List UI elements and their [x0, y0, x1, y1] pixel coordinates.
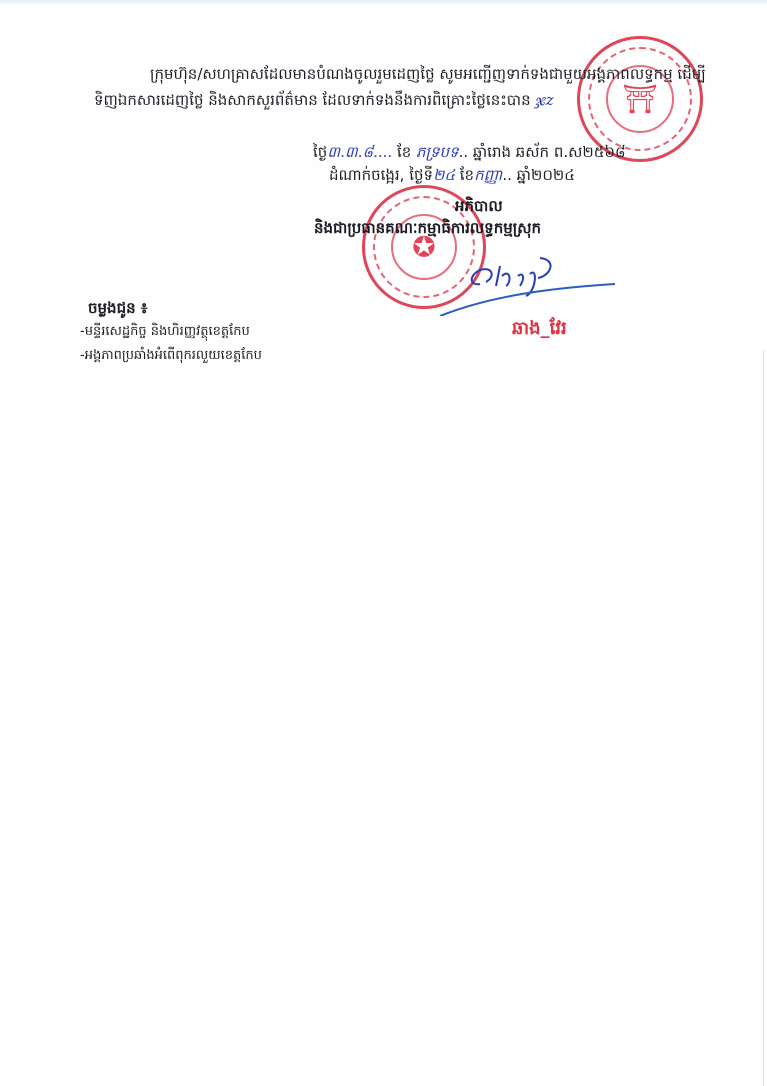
lunar-day-value: ៣.៣.៨....: [327, 143, 392, 161]
lunar-month-label: ខែ: [397, 143, 411, 161]
paragraph-line-1: ក្រុមហ៊ុន/សហគ្រាសដែលមានបំណងចូលរួមដេញថ្លៃ…: [150, 64, 706, 84]
solar-day-value: ២៤: [433, 166, 455, 184]
cc-list-item: -អង្គភាពប្រឆាំងអំពើពុករលួយខេត្តកែប: [80, 346, 262, 366]
scan-top-edge: [0, 0, 767, 5]
lunar-year-text: .. ឆ្នាំរោង ឆស័ក ព.ស២៥៦៨: [459, 143, 626, 161]
paragraph-text-2: ទិញឯកសារដេញថ្លៃ និងសាកសួរព័ត៌មាន ដែលទាក់…: [94, 91, 531, 109]
cc-heading: ចម្លងជូន ៖: [88, 298, 147, 318]
paragraph-line-2: ទិញឯកសារដេញថ្លៃ និងសាកសួរព័ត៌មាន ដែលទាក់…: [94, 90, 554, 110]
handwritten-initial: ჯz: [535, 91, 553, 109]
signature-icon: [440, 246, 620, 316]
scan-right-edge: [763, 350, 764, 1086]
paragraph-text-1: ក្រុមហ៊ុន/សហគ្រាសដែលមានបំណងចូលរួមដេញថ្លៃ…: [150, 65, 706, 83]
solar-day-label: ដំណាក់ចង្អេរ, ថ្ងៃទី: [329, 166, 433, 184]
signatory-role: និងជាប្រធានគណៈកម្មាធិការលទ្ធកម្មស្រុក: [314, 218, 541, 238]
document-page: ⛩ ក្រុមហ៊ុន/សហគ្រាសដែលមានបំណងចូលរួមដេញថ្…: [0, 0, 767, 1086]
solar-year-text: .. ឆ្នាំ២០២៤: [502, 166, 575, 184]
lunar-month-value: ភទ្របទ: [416, 143, 459, 161]
solar-date-line: ដំណាក់ចង្អេរ, ថ្ងៃទី២៤ ខែកញ្ញា.. ឆ្នាំ២០…: [329, 165, 575, 185]
cc-list-item: -មន្ទីរសេដ្ឋកិច្ច និងហិរញ្ញវត្ថុខេត្តកែប: [80, 322, 250, 342]
solar-month-label: ខែ: [460, 166, 474, 184]
temple-emblem-icon: ⛩: [622, 83, 658, 116]
lunar-day-label: ថ្ងៃ: [313, 143, 327, 161]
seal-name-stamp: ឆាង_វែរ: [512, 316, 567, 343]
lunar-date-line: ថ្ងៃ៣.៣.៨.... ខែ ភទ្របទ.. ឆ្នាំរោង ឆស័ក …: [313, 142, 626, 162]
signatory-title: អភិបាល: [455, 196, 503, 216]
solar-month-value: កញ្ញា: [474, 166, 502, 184]
